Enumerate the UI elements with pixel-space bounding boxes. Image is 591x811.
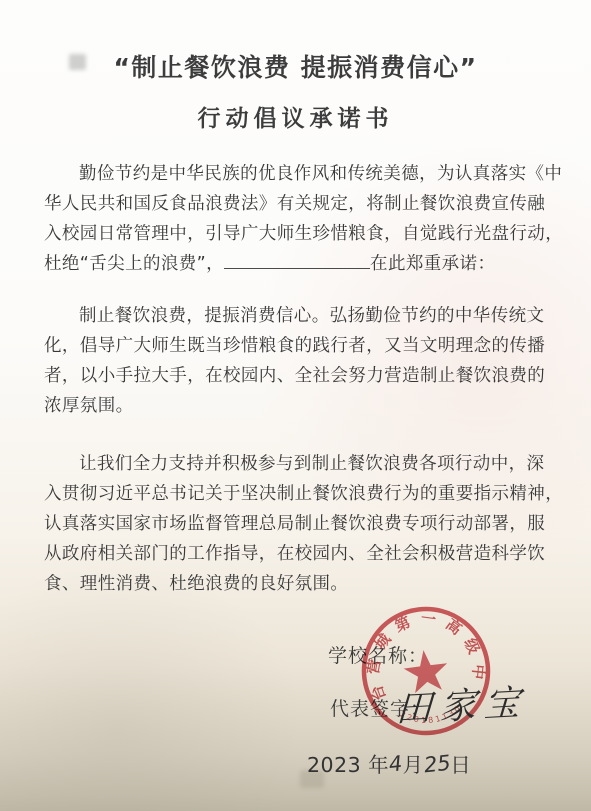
school-seal-stamp: 九台营城第一高级中学 220181130 — [339, 584, 513, 758]
text-line: 勤俭节约是中华民族的优良作风和传统美德，为认真落实《中 — [44, 159, 549, 189]
text-line: 认真落实国家市场监督管理总局制止餐饮浪费专项行动部署，服 — [44, 509, 549, 539]
blank-suffix-text: 在此郑重承诺： — [370, 254, 495, 274]
handwritten-signature: 田家宝 — [395, 674, 530, 732]
text-line: 化，倡导广大师生既当珍惜粮食的践行者，又当文明理念的传播 — [44, 331, 549, 361]
date-month-unit: 月 — [403, 753, 424, 777]
date-day-unit: 日 — [450, 753, 471, 777]
date-year-printed: 2023 年 — [307, 753, 389, 777]
paragraph-1: 勤俭节约是中华民族的优良作风和传统美德，为认真落实《中 华人民共和国反食品浪费法… — [44, 159, 549, 279]
text-line: 制止餐饮浪费，提振消费信心。弘扬勤俭节约的中华传统文 — [44, 301, 549, 331]
photographed-document: “制止餐饮浪费 提振消费信心” 行动倡议承诺书 勤俭节约是中华民族的优良作风和传… — [0, 0, 591, 811]
date-month-handwritten: 4 — [388, 751, 404, 776]
date-day-handwritten: 25 — [422, 751, 451, 778]
text-line: 入贯彻习近平总书记关于坚决制止餐饮浪费行为的重要指示精神， — [44, 479, 549, 509]
paragraph-2: 制止餐饮浪费，提振消费信心。弘扬勤俭节约的中华传统文 化，倡导广大师生既当珍惜粮… — [44, 301, 549, 421]
text-line: 华人民共和国反食品浪费法》有关规定，将制止餐饮浪费宣传融 — [44, 189, 549, 219]
text-line: 浓厚氛围。 — [44, 391, 549, 421]
text-line: 从政府相关部门的工作指导，在校园内、全社会积极营造科学饮 — [44, 539, 549, 569]
document-body: 勤俭节约是中华民族的优良作风和传统美德，为认真落实《中 华人民共和国反食品浪费法… — [44, 159, 549, 599]
document-title: “制止餐饮浪费 提振消费信心” — [0, 48, 591, 84]
fill-in-blank-line — [224, 251, 370, 270]
text-line: 让我们全力支持并积极参与到制止餐饮浪费各项行动中，深 — [44, 449, 549, 479]
text-line: 者，以小手拉大手，在校园内、全社会努力营造制止餐饮浪费的 — [44, 361, 549, 391]
text-line-with-blank: 杜绝“舌尖上的浪费”，在此郑重承诺： — [44, 249, 549, 279]
paragraph-3: 让我们全力支持并积极参与到制止餐饮浪费各项行动中，深 入贯彻习近平总书记关于坚决… — [44, 449, 549, 599]
document-subtitle: 行动倡议承诺书 — [0, 100, 591, 133]
blank-prefix-text: 杜绝“舌尖上的浪费”， — [44, 254, 224, 274]
text-line: 入校园日常管理中，引导广大师生珍惜粮食，自觉践行光盘行动， — [44, 219, 549, 249]
